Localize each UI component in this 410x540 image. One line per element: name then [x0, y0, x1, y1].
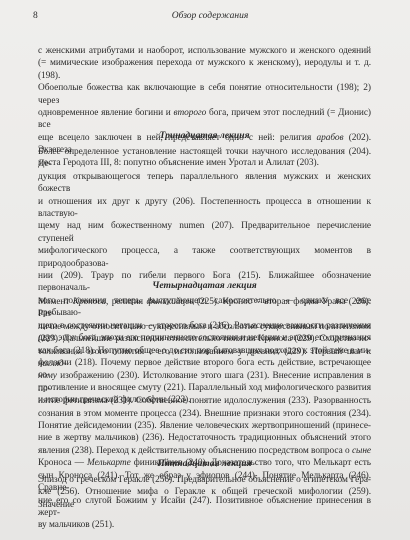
text-line: и отношения их друг к другу (206). Посте… [38, 196, 371, 221]
text-line: Понятие дейсидемонии (235). Явление чело… [38, 420, 371, 432]
book-page: 8 Обзор содержания с женскими атрибутами… [0, 0, 410, 540]
text-line: ному изображению (230). Истолкование это… [38, 370, 371, 395]
lecture-15-heading: Пятнадцатая лекция [38, 458, 371, 469]
text-line: одновременное явление богини и второго б… [38, 107, 371, 132]
running-head: 8 Обзор содержания [0, 11, 410, 25]
text-line: (= мимические изображения перехода от му… [38, 57, 371, 82]
text-line: (229). Дальнейшие разъяснения относитель… [38, 333, 371, 345]
text-line: толкования этого понятия с его истолкова… [38, 346, 371, 371]
italic-term: второго [173, 108, 206, 118]
lecture-13-heading: Тринадцатая лекция [38, 130, 371, 141]
text-line: ние в жертву мальчиков) (236). Недостато… [38, 432, 371, 444]
italic-term: ному [38, 371, 57, 381]
italic-term: нагляд- [38, 359, 67, 369]
text-line: мифологического процесса, а также соотве… [38, 245, 371, 270]
text-line: с женскими атрибутами и наоборот, исполь… [38, 45, 371, 57]
italic-term: финикийцев [146, 297, 193, 307]
text-line: Эпизод о греческом Геракле (256). Предва… [38, 474, 371, 486]
text-line: Момент Кроноса, религия финикийцев (225)… [38, 296, 371, 321]
text-line: сознания в этом моменте процесса (234). … [38, 408, 371, 420]
text-line: щему над ним божественному numen (207). … [38, 220, 371, 245]
text-line: явления (238). Переход к действительному… [38, 445, 371, 457]
italic-term: сыне [352, 446, 371, 456]
italic-term: Кроноса [73, 297, 106, 307]
lecture-14-heading: Четырнадцатая лекция [38, 280, 371, 291]
text-line: дукция открывающегося теперь параллельно… [38, 171, 371, 196]
running-title: Обзор содержания [0, 11, 410, 21]
text-line: ву мальчиков (251). [38, 519, 371, 531]
text-line: Обоеполые божества как включающие в себя… [38, 82, 371, 107]
lecture-15-paragraph: Эпизод о греческом Геракле (256). Предва… [38, 474, 371, 511]
text-line: кле (256). Отношение мифа о Геракле к об… [38, 486, 371, 511]
text-line: Более определенное установление настояще… [38, 146, 371, 171]
text-line: нятие фетишизма (231). Собственное понят… [38, 395, 371, 407]
text-line: личие между относительно сукцессивным и … [38, 321, 371, 333]
